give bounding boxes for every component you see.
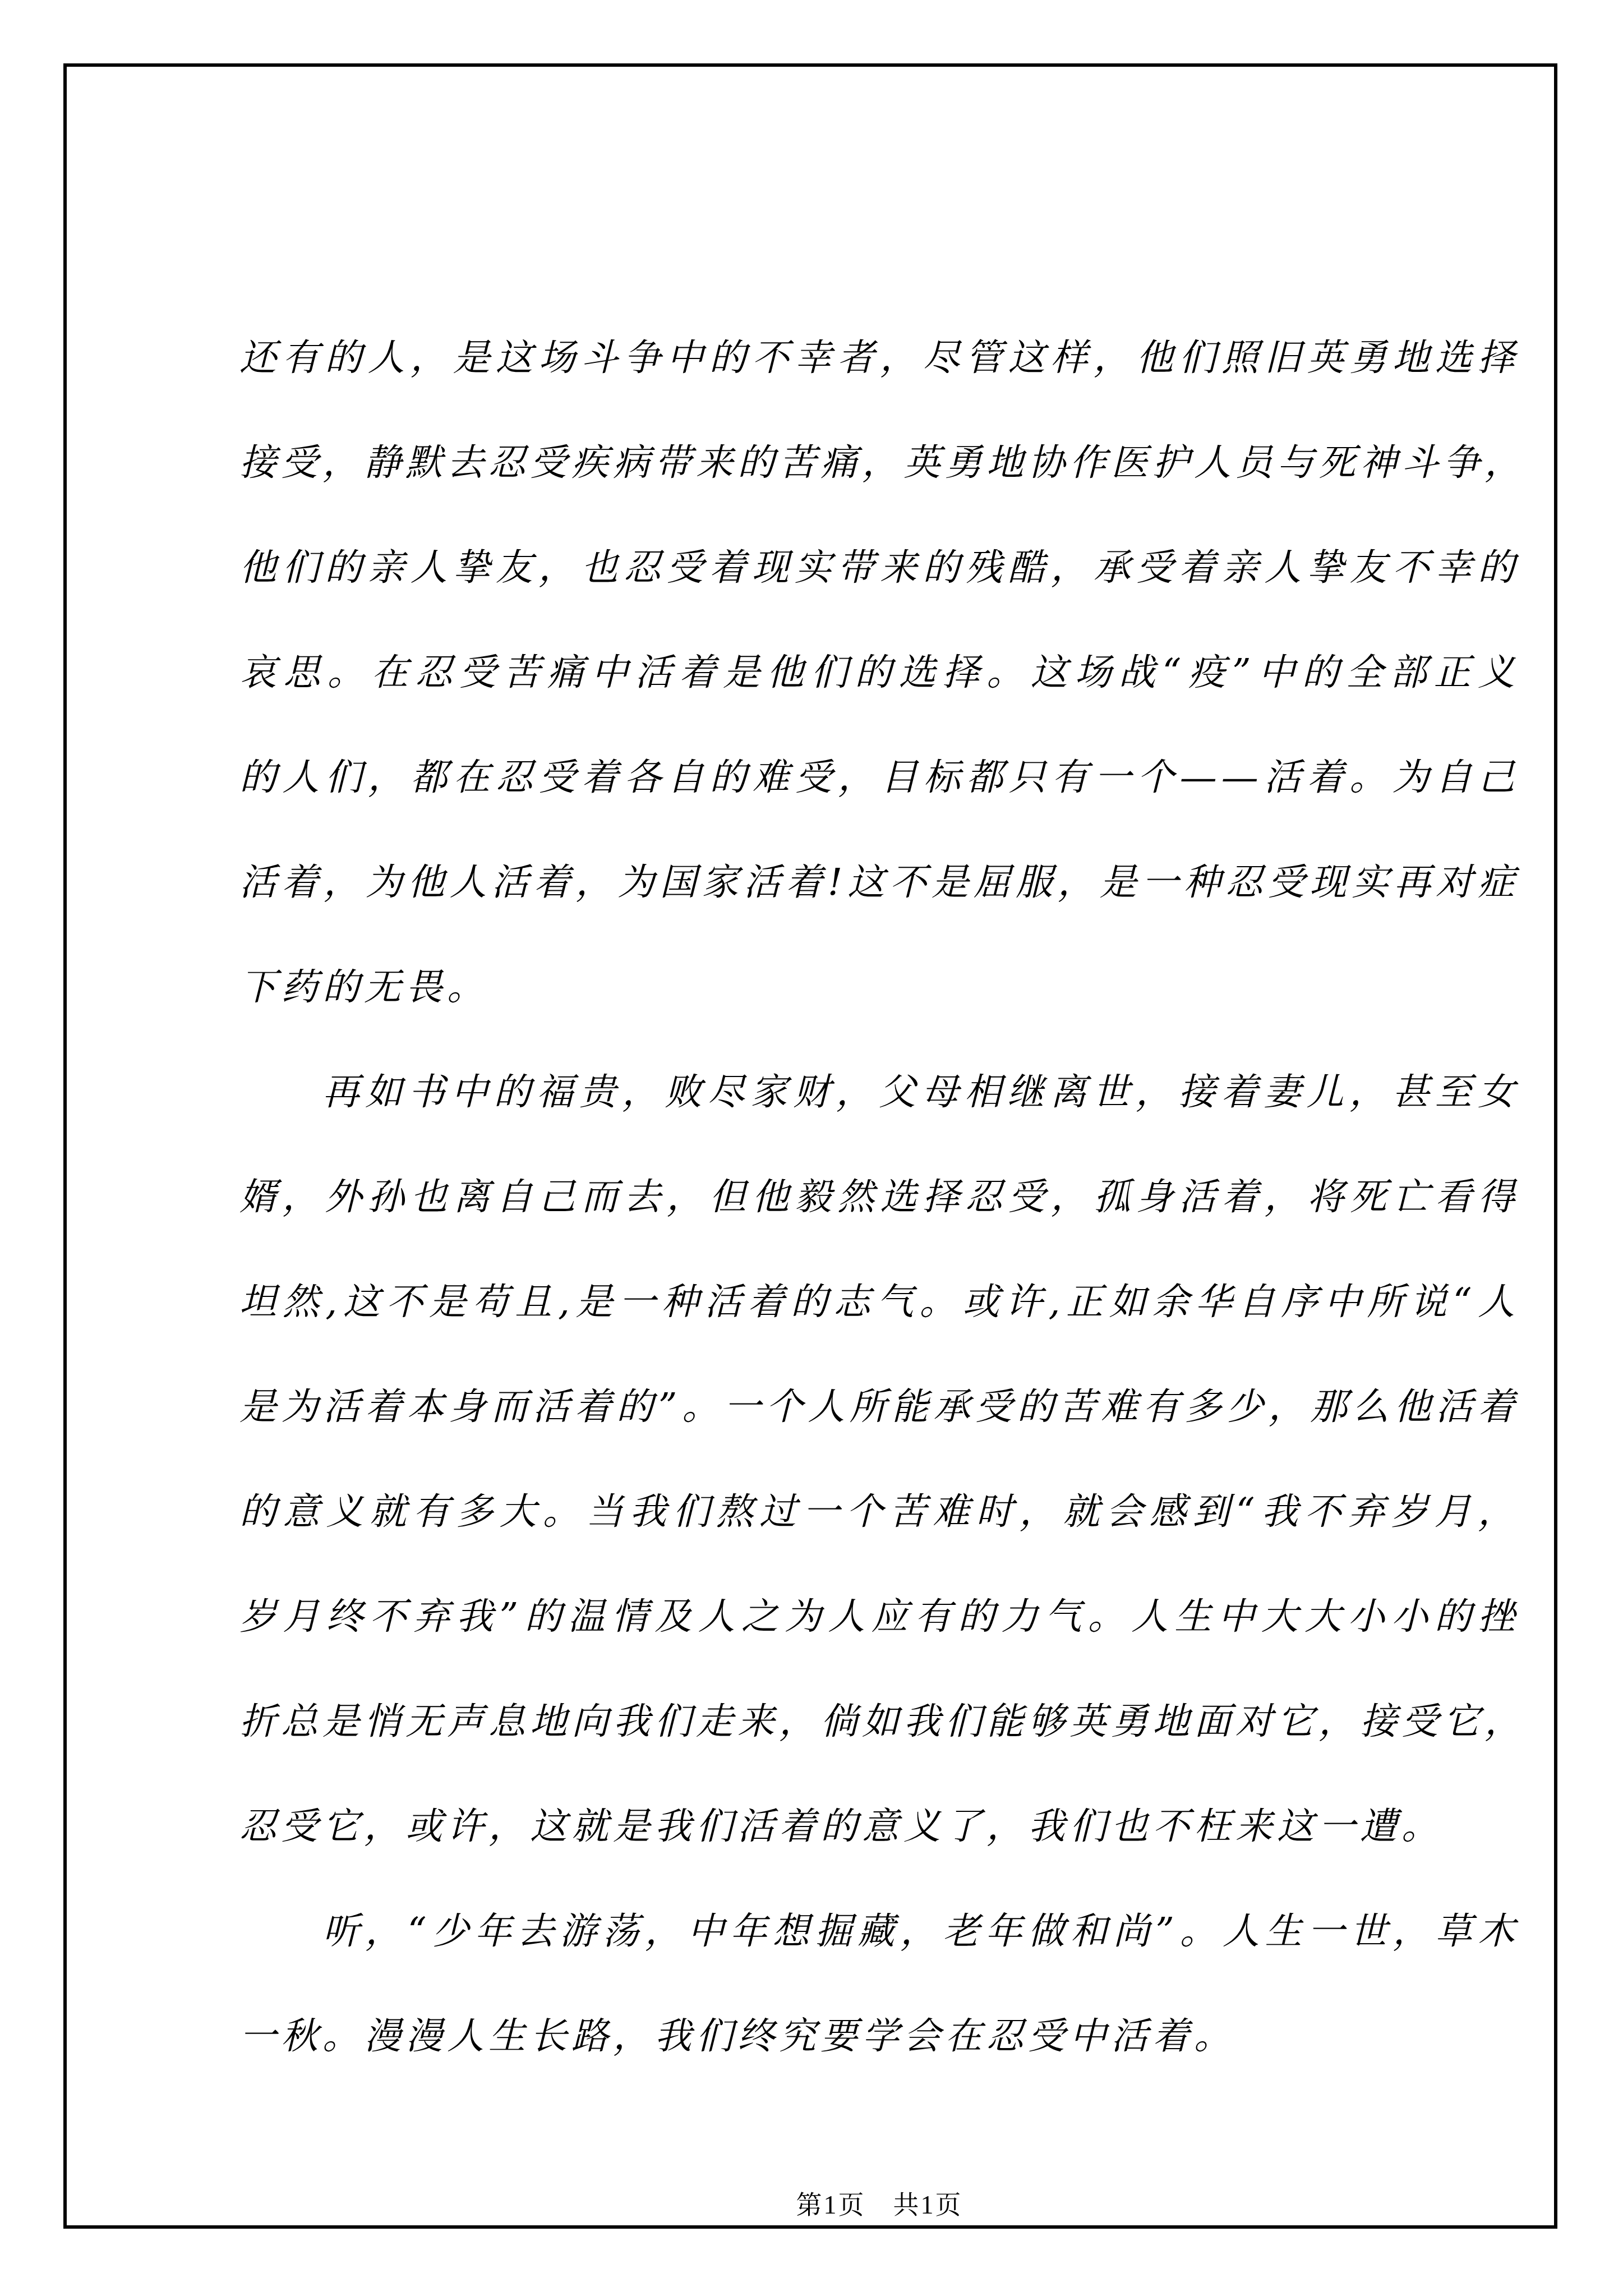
text-line: 他们的亲人挚友，也忍受着现实带来的残酷，承受着亲人挚友不幸的 [239,515,1519,620]
document-body: 还有的人，是这场斗争中的不幸者，尽管这样，他们照旧英勇地选择 接受，静默去忍受疾… [239,305,1519,2088]
text-line: 岁月终不弃我”的温情及人之为人应有的力气。人生中大大小小的挫 [239,1564,1519,1669]
text-line: 接受，静默去忍受疾病带来的苦痛，英勇地协作医护人员与死神斗争， [239,410,1519,515]
paragraph: 再如书中的福贵，败尽家财，父母相继离世，接着妻儿，甚至女 婿，外孙也离自己而去，… [239,1039,1519,1879]
page-number-text: 第1页 共1页 [796,2191,963,2219]
text-line: 还有的人，是这场斗争中的不幸者，尽管这样，他们照旧英勇地选择 [239,305,1519,410]
text-line: 忍受它，或许，这就是我们活着的意义了，我们也不枉来这一遭。 [239,1774,1519,1879]
text-line: 哀思。在忍受苦痛中活着是他们的选择。这场战“疫”中的全部正义 [239,620,1519,725]
document-page: 还有的人，是这场斗争中的不幸者，尽管这样，他们照旧英勇地选择 接受，静默去忍受疾… [0,0,1623,2296]
text-line: 折总是悄无声息地向我们走来，倘如我们能够英勇地面对它，接受它， [239,1669,1519,1774]
text-line: 的人们，都在忍受着各自的难受，目标都只有一个——活着。为自己 [239,725,1519,830]
text-line: 坦然,这不是苟且,是一种活着的志气。或许,正如余华自序中所说“人 [239,1249,1519,1354]
paragraph: 还有的人，是这场斗争中的不幸者，尽管这样，他们照旧英勇地选择 接受，静默去忍受疾… [239,305,1519,1039]
text-line: 婿，外孙也离自己而去，但他毅然选择忍受，孤身活着，将死亡看得 [239,1144,1519,1249]
text-line: 一秋。漫漫人生长路，我们终究要学会在忍受中活着。 [239,1984,1519,2088]
text-line: 的意义就有多大。当我们熬过一个苦难时，就会感到“我不弃岁月， [239,1459,1519,1564]
text-line: 活着，为他人活着，为国家活着!这不是屈服，是一种忍受现实再对症 [239,830,1519,935]
text-line: 听，“少年去游荡，中年想掘藏，老年做和尚”。人生一世，草木 [239,1879,1519,1984]
text-line: 是为活着本身而活着的”。一个人所能承受的苦难有多少，那么他活着 [239,1354,1519,1459]
page-footer: 第1页 共1页 [239,2188,1519,2222]
text-line: 再如书中的福贵，败尽家财，父母相继离世，接着妻儿，甚至女 [239,1039,1519,1144]
page-border-frame: 还有的人，是这场斗争中的不幸者，尽管这样，他们照旧英勇地选择 接受，静默去忍受疾… [63,63,1557,2229]
text-line: 下药的无畏。 [239,935,1519,1039]
paragraph: 听，“少年去游荡，中年想掘藏，老年做和尚”。人生一世，草木 一秋。漫漫人生长路，… [239,1879,1519,2088]
